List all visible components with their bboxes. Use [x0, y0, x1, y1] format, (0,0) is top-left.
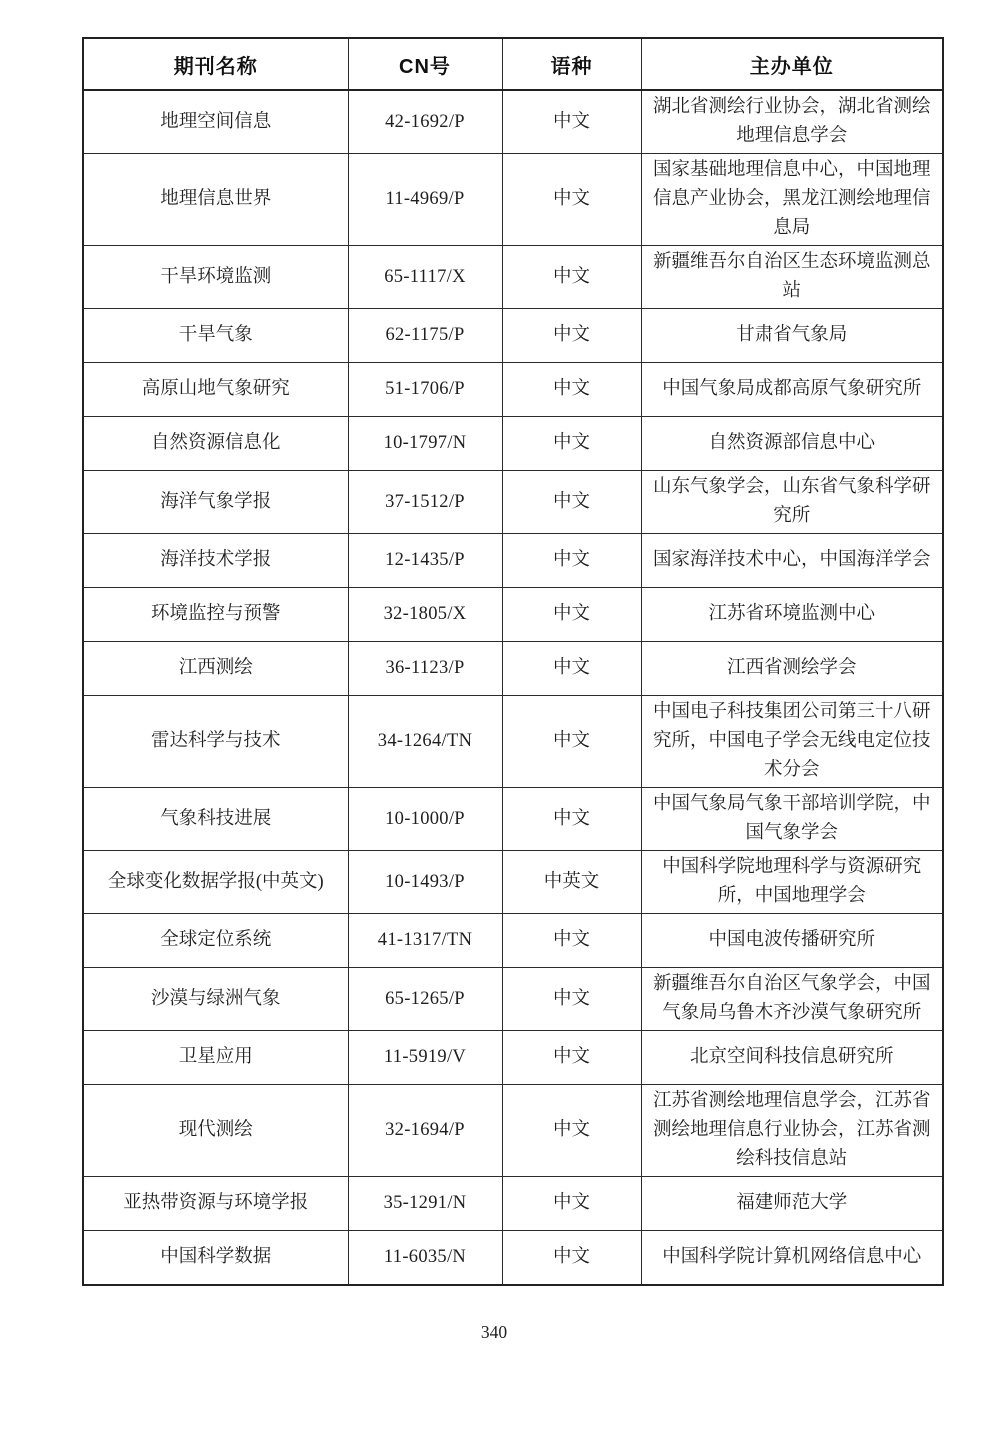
journal-name-cell: 干旱气象: [83, 309, 348, 363]
journal-name-cell: 环境监控与预警: [83, 588, 348, 642]
cn-number-cell: 32-1805/X: [348, 588, 502, 642]
journal-name-cell: 中国科学数据: [83, 1231, 348, 1286]
organizer-cell: 湖北省测绘行业协会，湖北省测绘地理信息学会: [641, 90, 943, 154]
table-row: 环境监控与预警32-1805/X中文江苏省环境监测中心: [83, 588, 943, 642]
language-cell: 中文: [502, 1231, 641, 1286]
table-row: 高原山地气象研究51-1706/P中文中国气象局成都高原气象研究所: [83, 363, 943, 417]
organizer-cell: 江苏省测绘地理信息学会，江苏省测绘地理信息行业协会，江苏省测绘科技信息站: [641, 1085, 943, 1177]
cn-number-cell: 34-1264/TN: [348, 696, 502, 788]
table-row: 全球定位系统41-1317/TN中文中国电波传播研究所: [83, 914, 943, 968]
language-cell: 中文: [502, 417, 641, 471]
table-row: 雷达科学与技术34-1264/TN中文中国电子科技集团公司第三十八研究所，中国电…: [83, 696, 943, 788]
language-cell: 中文: [502, 471, 641, 534]
cn-number-cell: 37-1512/P: [348, 471, 502, 534]
table-body: 地理空间信息42-1692/P中文湖北省测绘行业协会，湖北省测绘地理信息学会地理…: [83, 90, 943, 1285]
language-cell: 中文: [502, 1085, 641, 1177]
organizer-cell: 江苏省环境监测中心: [641, 588, 943, 642]
organizer-cell: 中国科学院地理科学与资源研究所，中国地理学会: [641, 851, 943, 914]
journal-name-cell: 气象科技进展: [83, 788, 348, 851]
journal-name-cell: 地理空间信息: [83, 90, 348, 154]
journal-name-cell: 地理信息世界: [83, 154, 348, 246]
organizer-cell: 福建师范大学: [641, 1177, 943, 1231]
table-header-row: 期刊名称CN号语种主办单位: [83, 38, 943, 90]
cn-number-cell: 11-6035/N: [348, 1231, 502, 1286]
cn-number-cell: 65-1117/X: [348, 246, 502, 309]
cn-number-cell: 10-1797/N: [348, 417, 502, 471]
journal-name-cell: 沙漠与绿洲气象: [83, 968, 348, 1031]
cn-number-cell: 65-1265/P: [348, 968, 502, 1031]
language-cell: 中文: [502, 363, 641, 417]
journal-name-cell: 亚热带资源与环境学报: [83, 1177, 348, 1231]
organizer-cell: 北京空间科技信息研究所: [641, 1031, 943, 1085]
table-row: 海洋技术学报12-1435/P中文国家海洋技术中心，中国海洋学会: [83, 534, 943, 588]
language-cell: 中文: [502, 1177, 641, 1231]
cn-number-cell: 11-4969/P: [348, 154, 502, 246]
column-header-organizer: 主办单位: [641, 38, 943, 90]
organizer-cell: 中国气象局成都高原气象研究所: [641, 363, 943, 417]
cn-number-cell: 32-1694/P: [348, 1085, 502, 1177]
language-cell: 中文: [502, 534, 641, 588]
table-row: 气象科技进展10-1000/P中文中国气象局气象干部培训学院，中国气象学会: [83, 788, 943, 851]
organizer-cell: 中国气象局气象干部培训学院，中国气象学会: [641, 788, 943, 851]
cn-number-cell: 41-1317/TN: [348, 914, 502, 968]
cn-number-cell: 35-1291/N: [348, 1177, 502, 1231]
column-header-cn-number: CN号: [348, 38, 502, 90]
organizer-cell: 中国电子科技集团公司第三十八研究所，中国电子学会无线电定位技术分会: [641, 696, 943, 788]
cn-number-cell: 42-1692/P: [348, 90, 502, 154]
table-row: 现代测绘32-1694/P中文江苏省测绘地理信息学会，江苏省测绘地理信息行业协会…: [83, 1085, 943, 1177]
table-header: 期刊名称CN号语种主办单位: [83, 38, 943, 90]
journal-name-cell: 海洋技术学报: [83, 534, 348, 588]
journal-name-cell: 干旱环境监测: [83, 246, 348, 309]
cn-number-cell: 11-5919/V: [348, 1031, 502, 1085]
column-header-language: 语种: [502, 38, 641, 90]
table-row: 卫星应用11-5919/V中文北京空间科技信息研究所: [83, 1031, 943, 1085]
language-cell: 中英文: [502, 851, 641, 914]
table-row: 干旱气象62-1175/P中文甘肃省气象局: [83, 309, 943, 363]
organizer-cell: 国家海洋技术中心，中国海洋学会: [641, 534, 943, 588]
table-row: 干旱环境监测65-1117/X中文新疆维吾尔自治区生态环境监测总站: [83, 246, 943, 309]
journal-name-cell: 自然资源信息化: [83, 417, 348, 471]
cn-number-cell: 12-1435/P: [348, 534, 502, 588]
table-row: 自然资源信息化10-1797/N中文自然资源部信息中心: [83, 417, 943, 471]
organizer-cell: 中国科学院计算机网络信息中心: [641, 1231, 943, 1286]
cn-number-cell: 62-1175/P: [348, 309, 502, 363]
journal-name-cell: 高原山地气象研究: [83, 363, 348, 417]
organizer-cell: 新疆维吾尔自治区生态环境监测总站: [641, 246, 943, 309]
journal-name-cell: 海洋气象学报: [83, 471, 348, 534]
language-cell: 中文: [502, 788, 641, 851]
journal-name-cell: 江西测绘: [83, 642, 348, 696]
language-cell: 中文: [502, 1031, 641, 1085]
organizer-cell: 甘肃省气象局: [641, 309, 943, 363]
cn-number-cell: 10-1000/P: [348, 788, 502, 851]
language-cell: 中文: [502, 246, 641, 309]
language-cell: 中文: [502, 914, 641, 968]
language-cell: 中文: [502, 696, 641, 788]
table-row: 地理空间信息42-1692/P中文湖北省测绘行业协会，湖北省测绘地理信息学会: [83, 90, 943, 154]
column-header-journal-name: 期刊名称: [83, 38, 348, 90]
table-row: 中国科学数据11-6035/N中文中国科学院计算机网络信息中心: [83, 1231, 943, 1286]
language-cell: 中文: [502, 90, 641, 154]
journal-name-cell: 卫星应用: [83, 1031, 348, 1085]
organizer-cell: 国家基础地理信息中心，中国地理信息产业协会，黑龙江测绘地理信息局: [641, 154, 943, 246]
organizer-cell: 新疆维吾尔自治区气象学会，中国气象局乌鲁木齐沙漠气象研究所: [641, 968, 943, 1031]
language-cell: 中文: [502, 642, 641, 696]
journal-table: 期刊名称CN号语种主办单位 地理空间信息42-1692/P中文湖北省测绘行业协会…: [82, 37, 944, 1286]
document-page: 期刊名称CN号语种主办单位 地理空间信息42-1692/P中文湖北省测绘行业协会…: [0, 0, 988, 1441]
organizer-cell: 山东气象学会，山东省气象科学研究所: [641, 471, 943, 534]
organizer-cell: 中国电波传播研究所: [641, 914, 943, 968]
cn-number-cell: 36-1123/P: [348, 642, 502, 696]
cn-number-cell: 10-1493/P: [348, 851, 502, 914]
table-row: 海洋气象学报37-1512/P中文山东气象学会，山东省气象科学研究所: [83, 471, 943, 534]
table-row: 亚热带资源与环境学报35-1291/N中文福建师范大学: [83, 1177, 943, 1231]
journal-name-cell: 雷达科学与技术: [83, 696, 348, 788]
table-row: 沙漠与绿洲气象65-1265/P中文新疆维吾尔自治区气象学会，中国气象局乌鲁木齐…: [83, 968, 943, 1031]
journal-name-cell: 现代测绘: [83, 1085, 348, 1177]
organizer-cell: 江西省测绘学会: [641, 642, 943, 696]
table-row: 江西测绘36-1123/P中文江西省测绘学会: [83, 642, 943, 696]
language-cell: 中文: [502, 968, 641, 1031]
journal-name-cell: 全球定位系统: [83, 914, 348, 968]
page-number: 340: [0, 1322, 988, 1343]
language-cell: 中文: [502, 309, 641, 363]
journal-name-cell: 全球变化数据学报(中英文): [83, 851, 348, 914]
organizer-cell: 自然资源部信息中心: [641, 417, 943, 471]
table-row: 全球变化数据学报(中英文)10-1493/P中英文中国科学院地理科学与资源研究所…: [83, 851, 943, 914]
language-cell: 中文: [502, 588, 641, 642]
cn-number-cell: 51-1706/P: [348, 363, 502, 417]
table-row: 地理信息世界11-4969/P中文国家基础地理信息中心，中国地理信息产业协会，黑…: [83, 154, 943, 246]
language-cell: 中文: [502, 154, 641, 246]
